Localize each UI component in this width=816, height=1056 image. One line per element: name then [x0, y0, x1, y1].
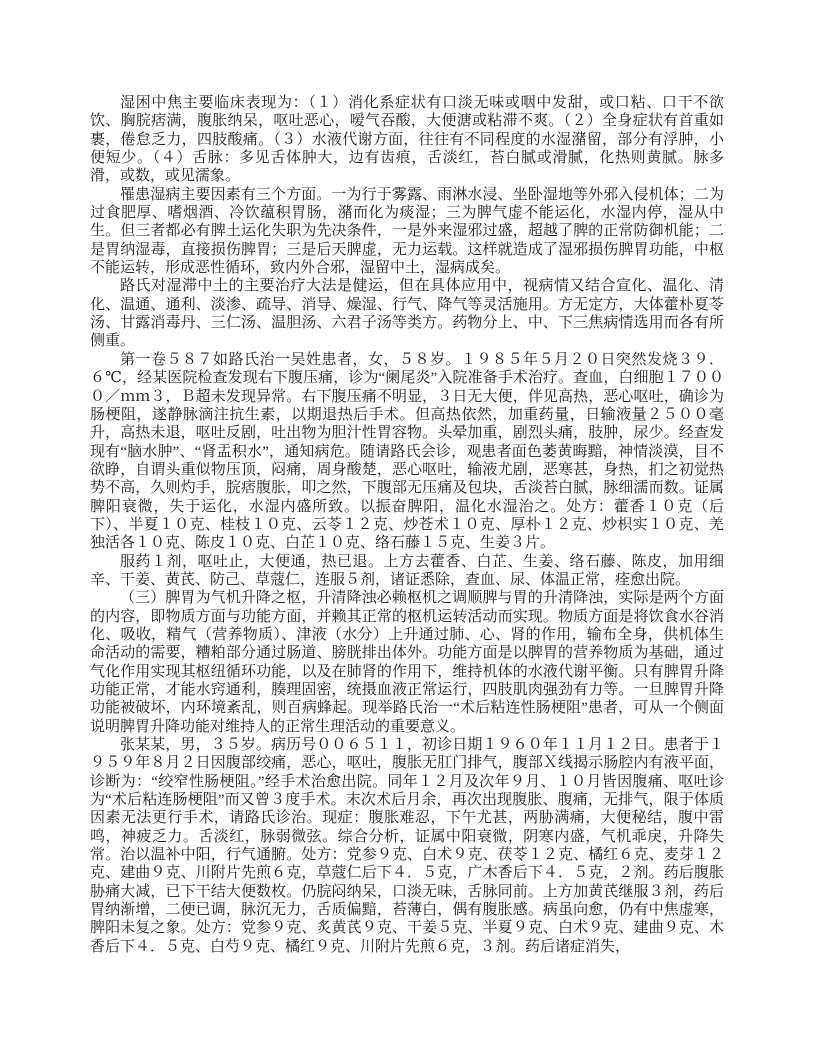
- document-body: 湿困中焦主要临床表现为：（１）消化系症状有口淡无味或咽中发甜，或口粘、口干不欲饮…: [90, 94, 724, 956]
- paragraph-damp-middle-jiao-manifestations: 湿困中焦主要临床表现为：（１）消化系症状有口淡无味或咽中发甜，或口粘、口干不欲饮…: [90, 94, 724, 186]
- paragraph-case-followup-recovery: 服药１剂，呕吐止，大便通，热已退。上方去藿香、白芷、生姜、络石藤、陈皮，加用细辛…: [90, 553, 724, 590]
- paragraph-lu-treatment-methods: 路氏对湿滞中土的主要治疗大法是健运，但在具体应用中，视病情又结合宣化、温化、清化…: [90, 277, 724, 350]
- paragraph-case-appendicitis-patient: 第一卷５８７如路氏治一吴姓患者，女，５８岁。１９８５年５月２０日突然发烧３９．６…: [90, 351, 724, 553]
- paragraph-spleen-stomach-qi-pivot: （三）脾胃为气机升降之枢，升清降浊必赖枢机之调顺脾与胃的升清降浊，实际是两个方面…: [90, 589, 724, 736]
- document-page: 湿困中焦主要临床表现为：（１）消化系症状有口淡无味或咽中发甜，或口粘、口干不欲饮…: [0, 0, 816, 1056]
- paragraph-case-intestinal-obstruction: 张某某，男，３５岁。病历号００６５１１，初诊日期１９６０年１１月１２日。患者于１…: [90, 736, 724, 956]
- paragraph-damp-disease-causes: 罹患湿病主要因素有三个方面。一为行于雾露、雨淋水浸、坐卧湿地等外邪入侵机体；二为…: [90, 186, 724, 278]
